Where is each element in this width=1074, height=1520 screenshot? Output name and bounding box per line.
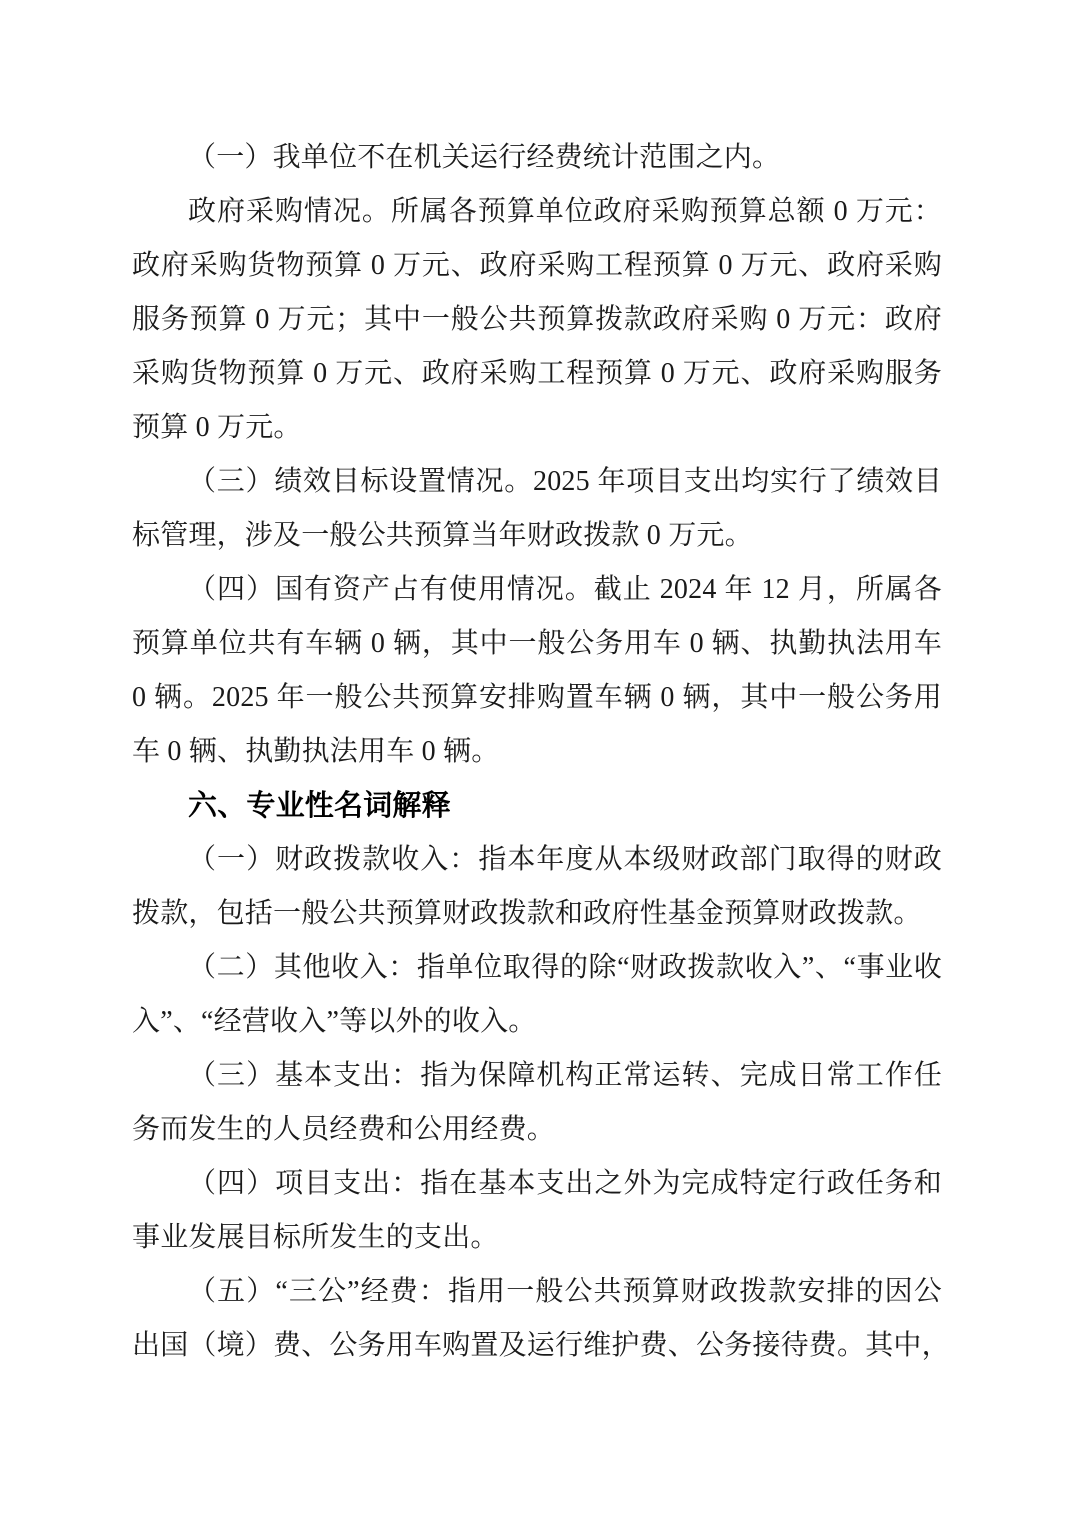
text-line: 采购货物预算 0 万元、政府采购工程预算 0 万元、政府采购服务 [132,347,942,401]
text-line: 入”、“经营收入”等以外的收入。 [132,995,942,1049]
text-line: （四）国有资产占有使用情况。截止 2024 年 12 月，所属各 [132,563,942,617]
text-line: （二）其他收入：指单位取得的除“财政拨款收入”、“事业收 [132,941,942,995]
text-line: 拨款，包括一般公共预算财政拨款和政府性基金预算财政拨款。 [132,887,942,941]
document-page: （一）我单位不在机关运行经费统计范围之内。 政府采购情况。所属各预算单位政府采购… [132,131,942,1373]
text-line: （一）财政拨款收入：指本年度从本级财政部门取得的财政 [132,833,942,887]
text-line: 0 辆。2025 年一般公共预算安排购置车辆 0 辆，其中一般公务用 [132,671,942,725]
text-line: 标管理，涉及一般公共预算当年财政拨款 0 万元。 [132,509,942,563]
text-line: （三）绩效目标设置情况。2025 年项目支出均实行了绩效目 [132,455,942,509]
text-line: 事业发展目标所发生的支出。 [132,1211,942,1265]
text-line: 政府采购情况。所属各预算单位政府采购预算总额 0 万元： [132,185,942,239]
text-line: 服务预算 0 万元；其中一般公共预算拨款政府采购 0 万元：政府 [132,293,942,347]
text-line: （四）项目支出：指在基本支出之外为完成特定行政任务和 [132,1157,942,1211]
text-line: （一）我单位不在机关运行经费统计范围之内。 [132,131,942,185]
text-line: （三）基本支出：指为保障机构正常运转、完成日常工作任 [132,1049,942,1103]
section-heading: 六、专业性名词解释 [132,779,942,833]
text-line: 务而发生的人员经费和公用经费。 [132,1103,942,1157]
text-line: 政府采购货物预算 0 万元、政府采购工程预算 0 万元、政府采购 [132,239,942,293]
text-line: 车 0 辆、执勤执法用车 0 辆。 [132,725,942,779]
text-line: 预算单位共有车辆 0 辆，其中一般公务用车 0 辆、执勤执法用车 [132,617,942,671]
text-line: 出国（境）费、公务用车购置及运行维护费、公务接待费。其中， [132,1319,942,1373]
text-line: （五）“三公”经费：指用一般公共预算财政拨款安排的因公 [132,1265,942,1319]
text-line: 预算 0 万元。 [132,401,942,455]
